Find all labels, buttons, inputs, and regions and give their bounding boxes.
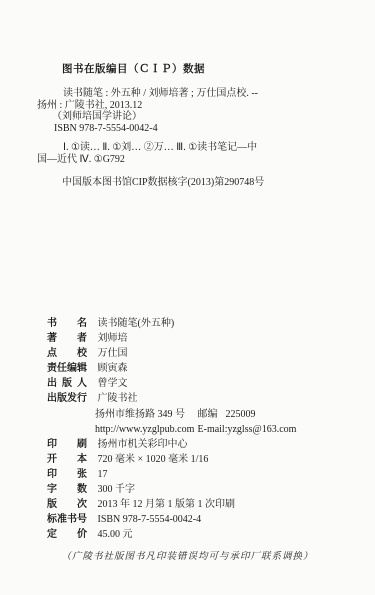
row-publisher-address: 扬州市维扬路 349 号 邮编225009 [0,407,375,422]
price-value: 45.00 元 [98,529,133,540]
cip-entry-line1: 读书随笔 : 外五种 / 刘师培著 ; 万仕国点校. -- [37,88,258,100]
publisher-person-value: 曾学文 [98,378,128,389]
postcode-label: 邮编 [198,409,218,420]
row-publisher-person: 出版人 曾学文 [0,376,375,391]
colophon-block: 书名 读书随笔(外五种) 著者 刘师培 点校 万仕国 责任编辑 顾寅森 出版人 … [0,316,375,542]
price-label: 定价 [47,527,87,542]
author-label: 著者 [47,331,87,346]
edition-label: 版次 [47,497,87,512]
cip-entry-line2: 扬州 : 广陵书社, 2013.12 [37,100,258,112]
postcode-value: 225009 [226,409,256,420]
row-standard-isbn: 标准书号 ISBN 978-7-5554-0042-4 [0,512,375,527]
publisher-address: 扬州市维扬路 349 号 [95,407,195,422]
publishing-house-label: 出版发行 [47,391,87,406]
row-collator: 点校 万仕国 [0,346,375,361]
editor-label: 责任编辑 [47,361,87,376]
collator-value: 万仕国 [98,348,128,359]
cip-heading: 图书在版编目（ＣＩＰ）数据 [62,61,205,76]
cip-entry-block: 读书随笔 : 外五种 / 刘师培著 ; 万仕国点校. -- 扬州 : 广陵书社,… [37,88,258,134]
book-title-label: 书名 [47,316,87,331]
word-count-label: 字数 [47,482,87,497]
row-sheets: 印张 17 [0,467,375,482]
cip-class-line2: 国—近代 Ⅳ. ①G792 [37,154,257,166]
publisher-person-label: 出版人 [47,376,87,391]
row-price: 定价 45.00 元 [0,527,375,542]
copyright-page: 图书在版编目（ＣＩＰ）数据 读书随笔 : 外五种 / 刘师培著 ; 万仕国点校.… [0,0,375,595]
word-count-value: 300 千字 [98,484,136,495]
row-editor: 责任编辑 顾寅森 [0,361,375,376]
cip-class-line1: Ⅰ. ①读… Ⅱ. ①刘… ②万… Ⅲ. ①读书笔记—中 [37,142,257,154]
standard-isbn-label: 标准书号 [47,512,87,527]
row-printer: 印刷 扬州市机关彩印中心 [0,437,375,452]
misprint-exchange-note: （广陵书社版图书凡印装错误均可与承印厂联系调换） [0,548,375,562]
format-label: 开本 [47,452,87,467]
author-value: 刘师培 [98,333,128,344]
row-book-title: 书名 读书随笔(外五种) [0,316,375,331]
editor-value: 顾寅森 [98,363,128,374]
publisher-website: http://www.yzglpub.com [95,422,195,437]
standard-isbn-value: ISBN 978-7-5554-0042-4 [98,514,202,525]
format-value: 720 毫米 × 1020 毫米 1/16 [98,454,209,465]
publisher-email: E-mail:yzglss@163.com [198,424,297,435]
row-publishing-house: 出版发行 广陵书社 [0,391,375,406]
printer-value: 扬州市机关彩印中心 [98,439,188,450]
printer-label: 印刷 [47,437,87,452]
row-format: 开本 720 毫米 × 1020 毫米 1/16 [0,452,375,467]
cip-isbn-line: ISBN 978-7-5554-0042-4 [37,123,258,135]
cip-series-note: （刘师培国学讲论） [37,111,258,123]
postcode-group: 邮编225009 [198,409,256,420]
sheets-label: 印张 [47,467,87,482]
collator-label: 点校 [47,346,87,361]
cip-record-number: 中国版本图书馆CIP数据核字(2013)第290748号 [62,173,264,188]
row-publisher-contact: http://www.yzglpub.com E-mail:yzglss@163… [0,422,375,437]
row-edition: 版次 2013 年 12 月第 1 版第 1 次印刷 [0,497,375,512]
sheets-value: 17 [98,469,108,480]
row-author: 著者 刘师培 [0,331,375,346]
cip-classification-block: Ⅰ. ①读… Ⅱ. ①刘… ②万… Ⅲ. ①读书笔记—中 国—近代 Ⅳ. ①G7… [37,142,257,165]
publishing-house-value: 广陵书社 [98,393,138,404]
edition-value: 2013 年 12 月第 1 版第 1 次印刷 [98,499,236,510]
row-word-count: 字数 300 千字 [0,482,375,497]
book-title-value: 读书随笔(外五种) [98,318,175,329]
